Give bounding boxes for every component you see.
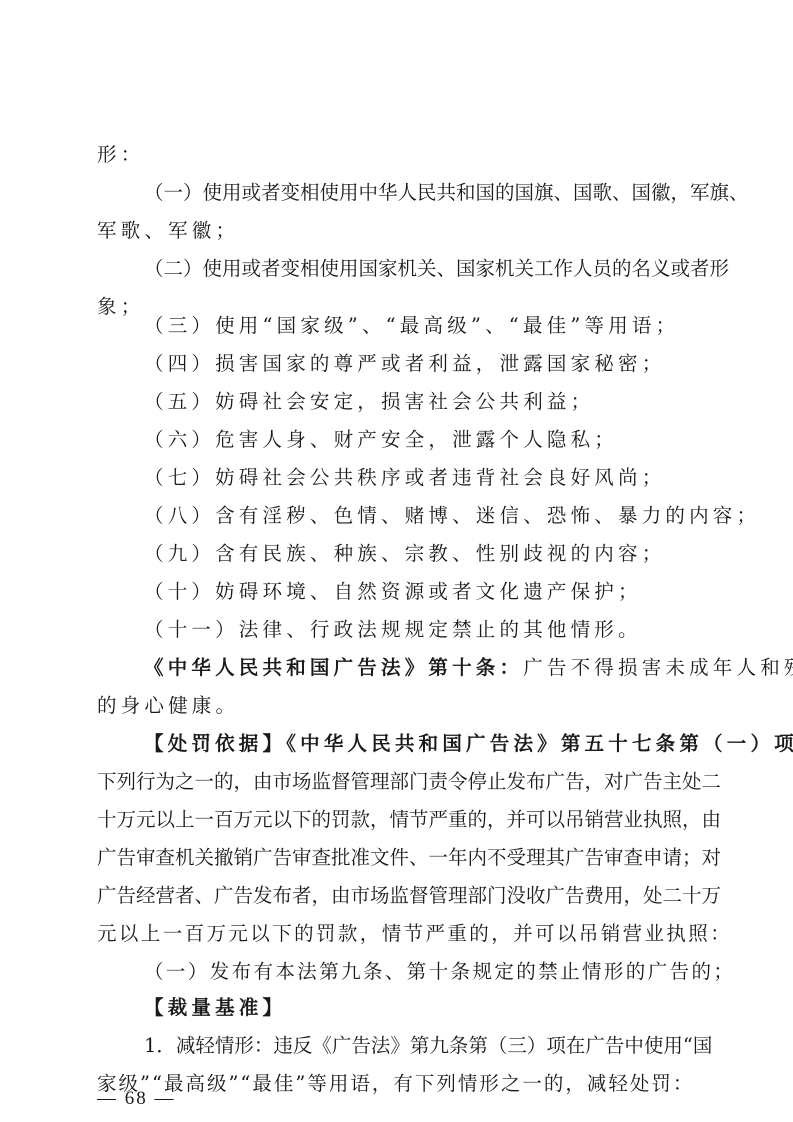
article-10-continuation: 的身心健康。 [97,694,697,718]
text-line: （六）危害人身、财产安全，泄露个人隐私； [144,428,744,452]
penalty-line-1: 下列行为之一的，由市场监督管理部门责令停止发布广告，对广告主处二 [97,770,697,794]
penalty-basis-heading: 【处罚依据】《中华人民共和国广告法》第五十七条第（一）项：有 [144,732,744,756]
text-line: （五）妨碍社会安定，损害社会公共利益； [144,390,744,414]
text-line: （三）使用“国家级”、“最高级”、“最佳”等用语； [144,314,744,338]
discretion-heading: 【裁量基准】 [144,996,744,1020]
document-page: 形：（一）使用或者变相使用中华人民共和国的国旗、国歌、国徽，军旗、军歌、军徽；（… [0,0,793,1122]
article-10-paragraph: 《中华人民共和国广告法》第十条：广告不得损害未成年人和残疾人 [144,656,744,680]
text-line: （四）损害国家的尊严或者利益，泄露国家秘密； [144,352,744,376]
penalty-line-4: 广告经营者、广告发布者，由市场监督管理部门没收广告费用，处二十万 [97,884,697,908]
text-line: 军歌、军徽； [97,219,697,243]
text-line: （十一）法律、行政法规规定禁止的其他情形。 [144,618,744,642]
penalty-item-1: （一）发布有本法第九条、第十条规定的禁止情形的广告的； [144,960,744,984]
discretion-line-1: 1．减轻情形：违反《广告法》第九条第（三）项在广告中使用“国 [144,1034,697,1058]
text-line: （九）含有民族、种族、宗教、性别歧视的内容； [144,542,744,566]
text-line: 形： [97,143,697,167]
article-10-text: 广告不得损害未成年人和残疾人 [523,656,793,679]
penalty-line-5: 元以上一百万元以下的罚款，情节严重的，并可以吊销营业执照： [97,922,697,946]
text-line: （七）妨碍社会公共秩序或者违背社会良好风尚； [144,466,744,490]
article-10-title: 《中华人民共和国广告法》第十条： [144,656,523,679]
text-line: （十）妨碍环境、自然资源或者文化遗产保护； [144,580,744,604]
text-line: （一）使用或者变相使用中华人民共和国的国旗、国歌、国徽，军旗、 [144,181,697,205]
text-line: （二）使用或者变相使用国家机关、国家机关工作人员的名义或者形 [144,257,697,281]
discretion-line-2: 家级”“最高级”“最佳”等用语，有下列情形之一的，减轻处罚： [97,1072,697,1096]
penalty-line-2: 十万元以上一百万元以下的罚款，情节严重的，并可以吊销营业执照，由 [97,808,697,832]
penalty-line-3: 广告审查机关撤销广告审查批准文件、一年内不受理其广告审查申请；对 [97,846,697,870]
text-line: （八）含有淫秽、色情、赌博、迷信、恐怖、暴力的内容； [144,504,744,528]
page-number: — 68 — [97,1088,176,1110]
penalty-basis-title: 【处罚依据】《中华人民共和国广告法》第五十七条第（一）项： [144,732,793,755]
